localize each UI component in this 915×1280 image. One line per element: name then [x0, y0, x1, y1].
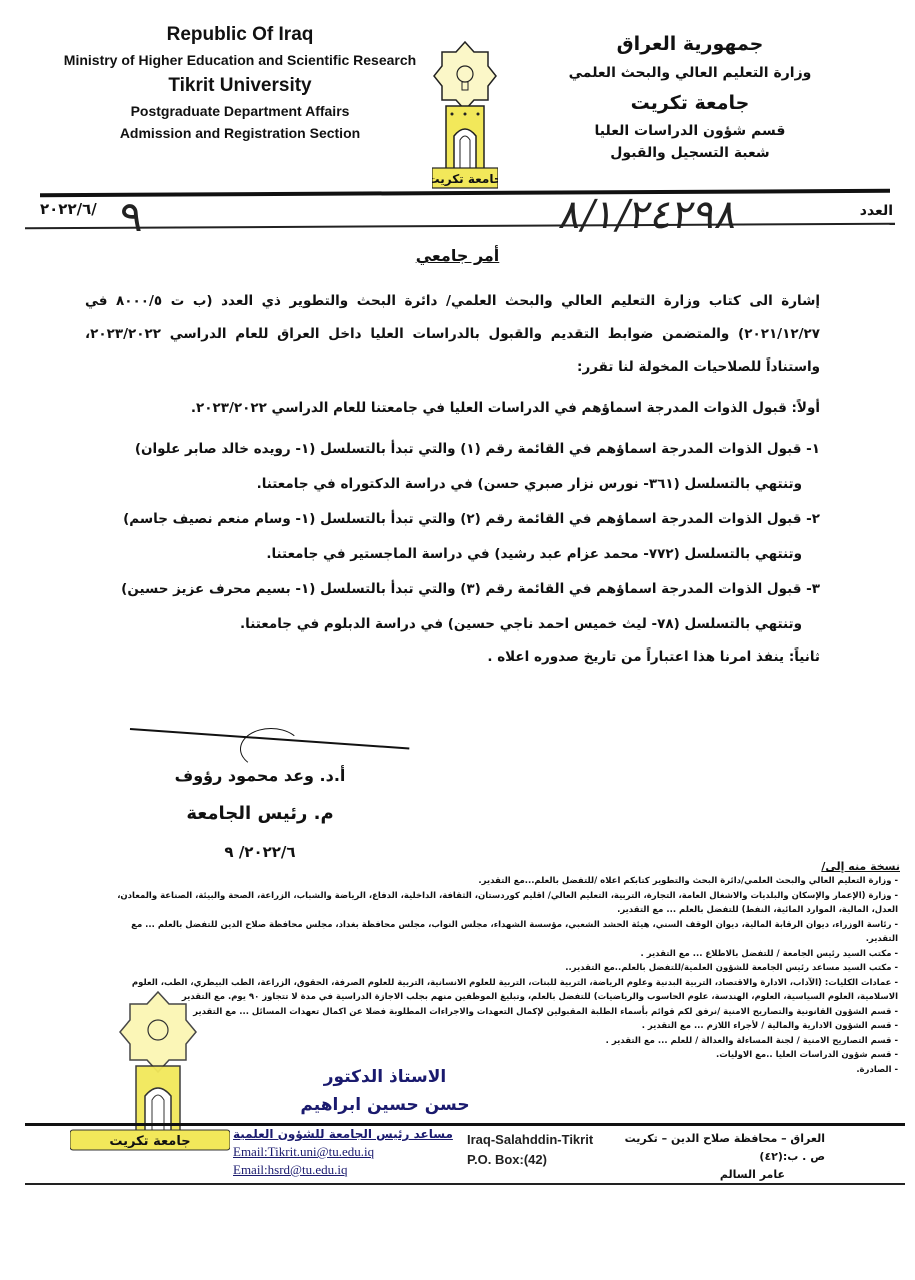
assistant-title: الاستاذ الدكتور: [300, 1063, 470, 1091]
cc-item: - قسم التصاريح الامنية / لجنة المساءلة و…: [100, 1034, 900, 1049]
second-label: ثانياً:: [789, 649, 820, 665]
cc-item: - الصادرة.: [100, 1063, 900, 1078]
reference-date-day-handwritten: ٩: [120, 192, 143, 241]
assistant-name: حسن حسين ابراهيم: [300, 1091, 470, 1119]
clerk-name: عامر السالم: [625, 1166, 825, 1184]
address-ar: العراق – محافظة صلاح الدين – تكريت: [625, 1130, 825, 1148]
cc-item: - قسم الشؤون الادارية والمالية / لأجراء …: [100, 1019, 900, 1034]
department-en: Postgraduate Department Affairs: [40, 100, 440, 122]
email-link-university[interactable]: Email:Tikrit.uni@tu.edu.iq: [233, 1143, 453, 1161]
item-line: قبول الذوات المدرجة اسماؤهم في القائمة ر…: [123, 511, 801, 527]
header-arabic: جمهورية العراق وزارة التعليم العالي والب…: [540, 28, 840, 164]
signature-date: ٢٠٢٢/٦/: [239, 843, 296, 861]
country-ar: جمهورية العراق: [540, 28, 840, 60]
cc-item: - قسم الشؤون القانونية والتصاريح الامنية…: [100, 1005, 900, 1020]
cc-item: - مكتب السيد مساعد رئيس الجامعة للشؤون ا…: [100, 961, 900, 976]
cc-item: - مكتب السيد رئيس الجامعة / للتفضل بالاط…: [100, 947, 900, 962]
cc-item: - وزارة (الإعمار والإسكان والبلديات والا…: [100, 889, 900, 918]
po-box-ar: ص . ب:(٤٢): [625, 1148, 825, 1166]
svg-text:جامعة تكريت: جامعة تكريت: [432, 172, 498, 186]
cc-title: نسخة منه إلى/: [100, 860, 900, 874]
university-calligraphy-icon: جامعة تكريت: [70, 1126, 230, 1154]
ministry-ar: وزارة التعليم العالي والبحث العلمي: [540, 60, 840, 86]
item-number: ٢-: [806, 511, 820, 527]
cc-item: - عمادات الكليات: (الآداب، الادارة والاق…: [100, 976, 900, 1005]
item-line: قبول الذوات المدرجة اسماؤهم في القائمة ر…: [135, 441, 802, 457]
admission-items: ١- قبول الذوات المدرجة اسماؤهم في القائم…: [85, 432, 820, 642]
university-en: Tikrit University: [40, 72, 440, 100]
svg-text:جامعة تكريت: جامعة تكريت: [109, 1134, 190, 1149]
country-en: Republic Of Iraq: [40, 22, 440, 48]
po-box-en: P.O. Box:(42): [467, 1150, 593, 1170]
signatory-block: أ.د. وعد محمود رؤوف م. رئيس الجامعة ٢٠٢٢…: [160, 757, 360, 871]
reference-number-handwritten: ٨/١/٢٤٢٩٨: [556, 192, 741, 238]
university-ar: جامعة تكريت: [540, 86, 840, 120]
email-link-hsrd[interactable]: Email:hsrd@tu.edu.iq: [233, 1161, 453, 1179]
list-item: ١- قبول الذوات المدرجة اسماؤهم في القائم…: [85, 432, 820, 502]
first-clause: أولاً: قبول الذوات المدرجة اسماؤهم في ال…: [85, 392, 820, 425]
cc-list: نسخة منه إلى/ - وزارة التعليم العالي وال…: [100, 860, 900, 1077]
item-line: وتنتهي بالتسلسل (٣٦١- نورس نزار صبري حسن…: [85, 467, 820, 502]
document-title: أمر جامعي: [0, 246, 915, 265]
intro-text: إشارة الى كتاب وزارة التعليم العالي والب…: [85, 285, 820, 384]
reference-divider: [25, 223, 895, 230]
first-text: قبول الذوات المدرجة اسماؤهم في الدراسات …: [191, 400, 787, 416]
list-item: ٣- قبول الذوات المدرجة اسماؤهم في القائم…: [85, 572, 820, 642]
cc-item: - قسم شؤون الدراسات العليا ..مع الاوليات…: [100, 1048, 900, 1063]
signature-date-day: ٩: [224, 843, 233, 861]
footer-address-ar: العراق – محافظة صلاح الدين – تكريت ص . ب…: [625, 1130, 825, 1184]
footer-contact: مساعد رئيس الجامعة للشؤون العلمية Email:…: [233, 1125, 453, 1179]
assistant-role: مساعد رئيس الجامعة للشؤون العلمية: [233, 1125, 453, 1143]
signatory-title: رئيس الجامعة: [186, 803, 307, 824]
cc-item: - وزارة التعليم العالي والبحث العلمي/دائ…: [100, 874, 900, 889]
header-divider: [40, 189, 890, 197]
reference-date: ٢٠٢٢/٦/: [40, 200, 97, 218]
first-label: أولاً:: [792, 400, 820, 416]
department-ar: قسم شؤون الدراسات العليا: [540, 120, 840, 142]
header-english: Republic Of Iraq Ministry of Higher Educ…: [40, 22, 440, 144]
assistant-stamp: الاستاذ الدكتور حسن حسين ابراهيم: [300, 1063, 470, 1119]
second-text: ينفذ امرنا هذا اعتباراً من تاريخ صدوره ا…: [487, 649, 784, 665]
university-stamp-icon: [118, 990, 198, 1140]
second-clause: ثانياً: ينفذ امرنا هذا اعتباراً من تاريخ…: [85, 641, 820, 674]
intro-paragraph: إشارة الى كتاب وزارة التعليم العالي والب…: [85, 285, 820, 384]
item-line: وتنتهي بالتسلسل (٧٧٢- محمد عزام عبد رشيد…: [85, 537, 820, 572]
cc-item: - رئاسة الوزراء، ديوان الرقابة المالية، …: [100, 918, 900, 947]
section-ar: شعبة التسجيل والقبول: [540, 142, 840, 164]
footer-address-en: Iraq-Salahddin-Tikrit P.O. Box:(42): [467, 1130, 593, 1170]
section-en: Admission and Registration Section: [40, 122, 440, 144]
signatory-name: أ.د. وعد محمود رؤوف: [160, 757, 360, 795]
address-en: Iraq-Salahddin-Tikrit: [467, 1130, 593, 1150]
university-logo-icon: جامعة تكريت: [432, 40, 498, 190]
item-line: قبول الذوات المدرجة اسماؤهم في القائمة ر…: [121, 581, 801, 597]
reference-number-label: العدد: [860, 203, 893, 219]
signatory-title-prefix: م.: [314, 803, 334, 824]
ministry-en: Ministry of Higher Education and Scienti…: [40, 48, 440, 72]
item-number: ٣-: [806, 581, 820, 597]
list-item: ٢- قبول الذوات المدرجة اسماؤهم في القائم…: [85, 502, 820, 572]
item-number: ١-: [806, 441, 820, 457]
item-line: وتنتهي بالتسلسل (٧٨- ليث خميس احمد ناجي …: [85, 607, 820, 642]
